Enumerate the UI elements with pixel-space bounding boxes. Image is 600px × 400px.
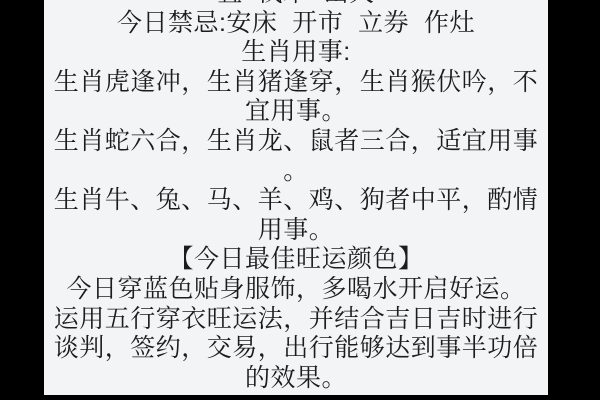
lucky-color-advice-line: 今日穿蓝色贴身服饰，多喝水开启好运。 (44, 275, 548, 305)
taboo-items-line: 今日禁忌:安床 开市 立券 作灶 (44, 9, 548, 39)
zodiac-usage-heading: 生肖用事: (44, 38, 548, 68)
zodiac-clash-line-1: 生肖虎逢冲，生肖猪逢穿，生肖猴伏吟，不 (44, 68, 548, 98)
wuxing-advice-line-1: 运用五行穿衣旺运法，并结合吉日吉时进行 (44, 305, 548, 335)
zodiac-neutral-line-1: 生肖牛、兔、马、羊、鸡、狗者中平，酌情 (44, 186, 548, 216)
zodiac-favorable-line-1: 生肖蛇六合，生肖龙、鼠者三合，适宜用事 (44, 127, 548, 157)
almanac-text-block: 宜 伐木 出火 今日禁忌:安床 开市 立券 作灶 生肖用事: 生肖虎逢冲，生肖猪… (44, 0, 548, 393)
letterbox-background: 宜 伐木 出火 今日禁忌:安床 开市 立券 作灶 生肖用事: 生肖虎逢冲，生肖猪… (0, 0, 600, 400)
suitable-items-line-clipped: 宜 伐木 出火 (44, 0, 548, 9)
lucky-color-heading: 【今日最佳旺运颜色】 (44, 245, 548, 275)
wuxing-advice-line-2: 谈判，签约，交易，出行能够达到事半功倍 (44, 334, 548, 364)
zodiac-favorable-line-2: 。 (44, 157, 548, 187)
zodiac-neutral-line-2: 用事。 (44, 216, 548, 246)
zodiac-clash-line-2: 宜用事。 (44, 97, 548, 127)
wuxing-advice-line-3: 的效果。 (44, 364, 548, 394)
content-panel: 宜 伐木 出火 今日禁忌:安床 开市 立券 作灶 生肖用事: 生肖虎逢冲，生肖猪… (44, 0, 548, 395)
